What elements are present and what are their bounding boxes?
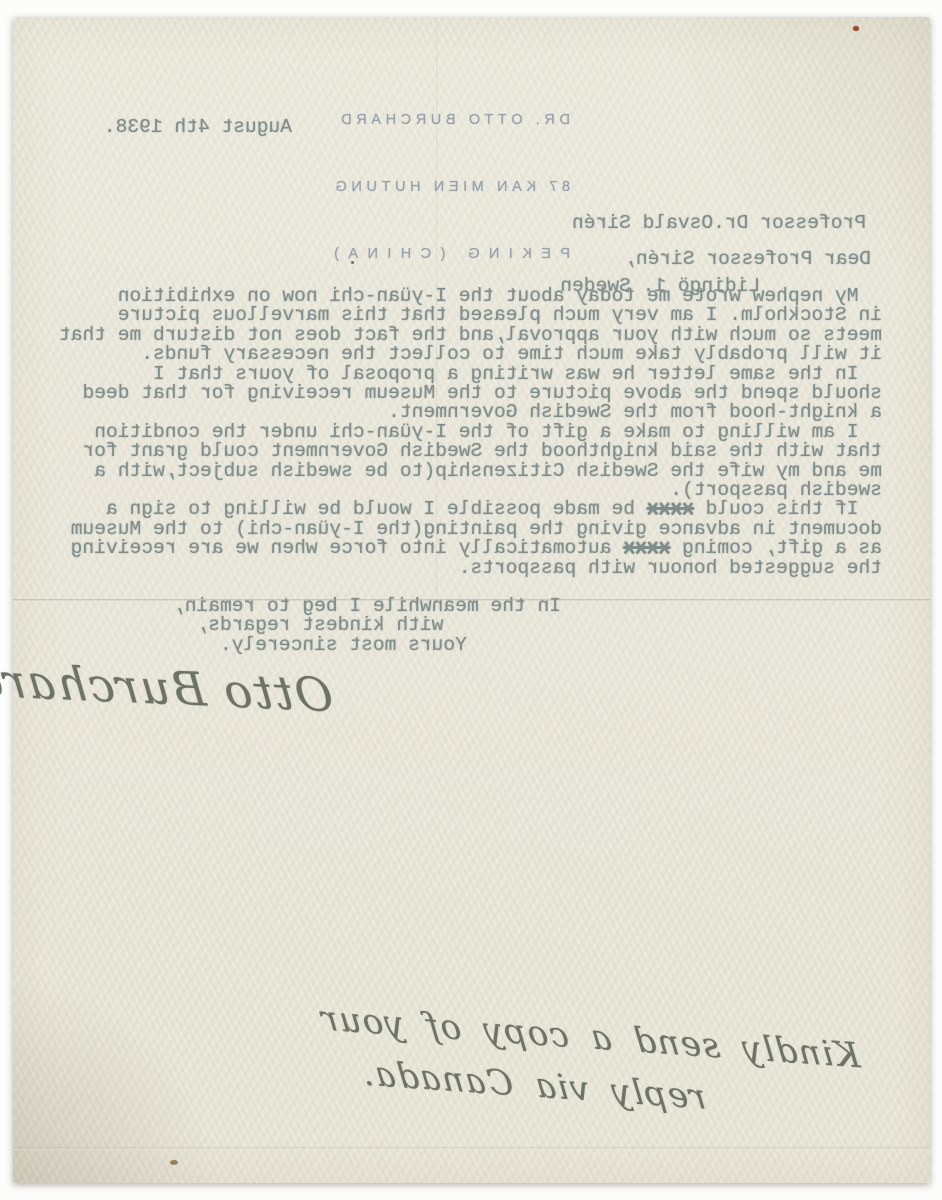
paper-speck-dot [351,261,354,264]
paper-speck-red [853,26,859,31]
signature: Otto Burchard. [0,651,335,722]
letterhead: DR. OTTO BURCHARD 87 KAN MIEN HUTUNG PEK… [325,64,570,310]
closing-line: with kindest regards, [173,616,561,635]
paper-speck-brown [170,1160,178,1165]
mirrored-letter-content: DR. OTTO BURCHARD 87 KAN MIEN HUTUNG PEK… [0,0,942,1200]
closing-block: In the meanwhile I beg to remain, with k… [173,597,561,655]
body-line: the suggested honour with passports. [59,559,882,578]
letterhead-street: 87 KAN MIEN HUTUNG [325,176,570,198]
date-line: August 4th 1938. [104,118,292,137]
closing-line: Yours most sincerely. [173,636,561,655]
letterhead-city: PEKING (CHINA) [325,243,570,265]
postscript-note: Kindly send a copy of yourreply via Cana… [317,992,868,1135]
letter-body: My nephew wrote me today about the I-yüa… [59,287,882,578]
recipient-name: Professor Dr.Osvald Sirén [560,213,866,234]
salutation: Dear Professor Sirén, [624,250,871,269]
letterhead-name: DR. OTTO BURCHARD [325,109,570,131]
